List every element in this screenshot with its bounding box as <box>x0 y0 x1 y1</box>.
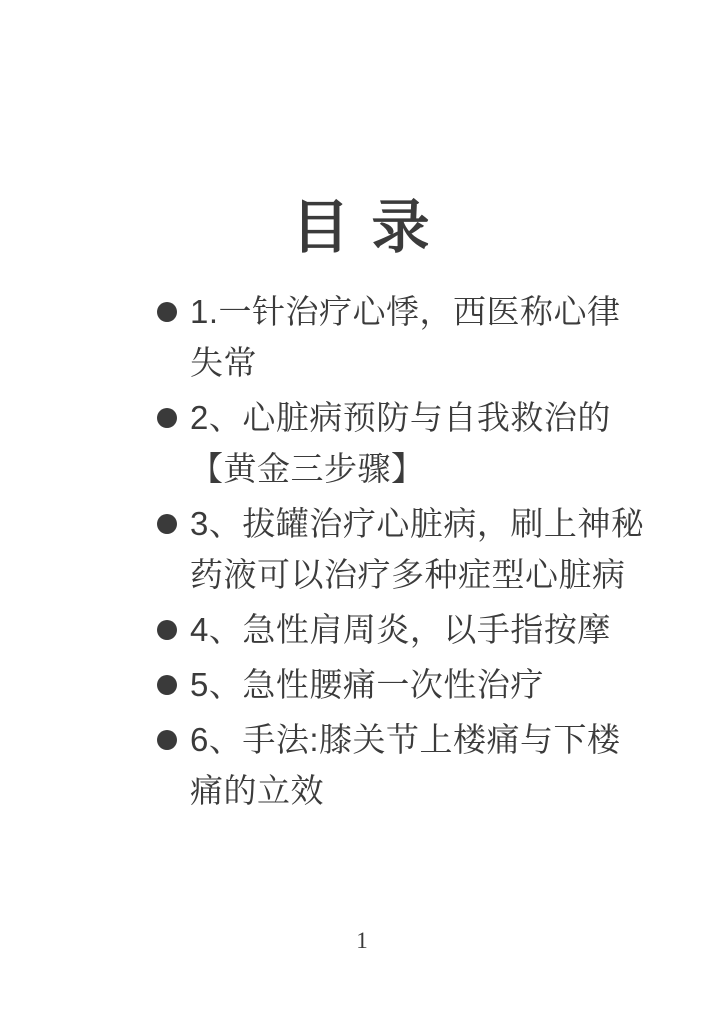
toc-item: 6、手法:膝关节上楼痛与下楼痛的立效 <box>157 714 684 816</box>
bullet-icon <box>157 730 177 750</box>
toc-item-line: 【黄金三步骤】 <box>190 443 611 494</box>
toc-item-line: 5、急性腰痛一次性治疗 <box>190 659 544 710</box>
toc-item-line: 1.一针治疗心悸，西医称心律 <box>190 286 621 337</box>
toc-item-line: 3、拔罐治疗心脏病，刷上神秘 <box>190 498 644 549</box>
toc-item-line: 2、心脏病预防与自我救治的 <box>190 392 611 443</box>
toc-item-text: 6、手法:膝关节上楼痛与下楼痛的立效 <box>190 714 621 816</box>
toc-item-line: 6、手法:膝关节上楼痛与下楼 <box>190 714 621 765</box>
toc-page: 目 录 1.一针治疗心悸，西医称心律失常2、心脏病预防与自我救治的【黄金三步骤】… <box>0 0 724 1024</box>
page-title: 目 录 <box>0 0 724 263</box>
toc-item-text: 2、心脏病预防与自我救治的【黄金三步骤】 <box>190 392 611 494</box>
toc-item-text: 4、急性肩周炎，以手指按摩 <box>190 604 611 655</box>
toc-item-text: 1.一针治疗心悸，西医称心律失常 <box>190 286 621 388</box>
toc-item: 5、急性腰痛一次性治疗 <box>157 659 684 710</box>
toc-item-line: 失常 <box>190 337 621 388</box>
bullet-icon <box>157 620 177 640</box>
toc-item-line: 4、急性肩周炎，以手指按摩 <box>190 604 611 655</box>
bullet-icon <box>157 514 177 534</box>
bullet-icon <box>157 675 177 695</box>
toc-item-line: 药液可以治疗多种症型心脏病 <box>190 549 644 600</box>
toc-item-text: 5、急性腰痛一次性治疗 <box>190 659 544 710</box>
toc-item-text: 3、拔罐治疗心脏病，刷上神秘药液可以治疗多种症型心脏病 <box>190 498 644 600</box>
toc-item: 4、急性肩周炎，以手指按摩 <box>157 604 684 655</box>
toc-item: 1.一针治疗心悸，西医称心律失常 <box>157 286 684 388</box>
page-number: 1 <box>0 929 724 952</box>
bullet-icon <box>157 408 177 428</box>
bullet-icon <box>157 302 177 322</box>
toc-list: 1.一针治疗心悸，西医称心律失常2、心脏病预防与自我救治的【黄金三步骤】3、拔罐… <box>0 286 724 816</box>
toc-item: 2、心脏病预防与自我救治的【黄金三步骤】 <box>157 392 684 494</box>
toc-item-line: 痛的立效 <box>190 765 621 816</box>
toc-item: 3、拔罐治疗心脏病，刷上神秘药液可以治疗多种症型心脏病 <box>157 498 684 600</box>
